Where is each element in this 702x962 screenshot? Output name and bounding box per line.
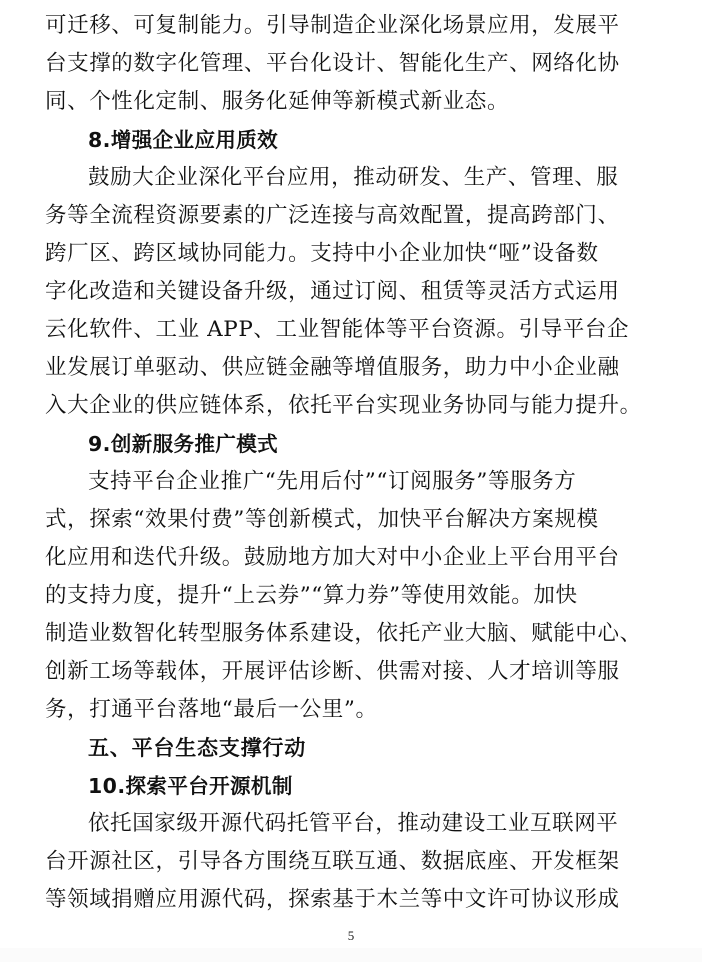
section-heading-5: 五、平台生态支撑行动 bbox=[88, 734, 702, 762]
body-line: 的支持力度，提升“上云券”“算力券”等使用效能。加快 bbox=[45, 582, 665, 610]
page-number: 5 bbox=[0, 928, 702, 944]
subsection-heading-10: 10.探索平台开源机制 bbox=[88, 772, 702, 800]
body-line: 式，探索“效果付费”等创新模式，加快平台解决方案规模 bbox=[45, 506, 665, 534]
paragraph-first-line: 支持平台企业推广“先用后付”“订阅服务”等服务方 bbox=[88, 468, 702, 496]
page-bottom-edge bbox=[0, 948, 702, 962]
body-line: 可迁移、可复制能力。引导制造企业深化场景应用，发展平 bbox=[45, 12, 665, 40]
body-line: 台支撑的数字化管理、平台化设计、智能化生产、网络化协 bbox=[45, 50, 665, 78]
body-line: 字化改造和关键设备升级，通过订阅、租赁等灵活方式运用 bbox=[45, 278, 665, 306]
body-line: 云化软件、工业 APP、工业智能体等平台资源。引导平台企 bbox=[45, 316, 665, 344]
body-line: 台开源社区，引导各方围绕互联互通、数据底座、开发框架 bbox=[45, 848, 665, 876]
document-page: 可迁移、可复制能力。引导制造企业深化场景应用，发展平 台支撑的数字化管理、平台化… bbox=[0, 0, 702, 962]
body-line: 业发展订单驱动、供应链金融等增值服务，助力中小企业融 bbox=[45, 354, 665, 382]
body-line: 制造业数智化转型服务体系建设，依托产业大脑、赋能中心、 bbox=[45, 620, 665, 648]
body-line: 创新工场等载体，开展评估诊断、供需对接、人才培训等服 bbox=[45, 658, 665, 686]
paragraph-first-line: 鼓励大企业深化平台应用，推动研发、生产、管理、服 bbox=[88, 164, 702, 192]
body-line: 同、个性化定制、服务化延伸等新模式新业态。 bbox=[45, 88, 665, 116]
body-line: 务等全流程资源要素的广泛连接与高效配置，提高跨部门、 bbox=[45, 202, 665, 230]
subsection-heading-9: 9.创新服务推广模式 bbox=[88, 430, 702, 458]
body-line: 跨厂区、跨区域协同能力。支持中小企业加快“哑”设备数 bbox=[45, 240, 665, 268]
body-line: 务，打通平台落地“最后一公里”。 bbox=[45, 696, 665, 724]
paragraph-first-line: 依托国家级开源代码托管平台，推动建设工业互联网平 bbox=[88, 810, 702, 838]
body-line: 入大企业的供应链体系，依托平台实现业务协同与能力提升。 bbox=[45, 392, 665, 420]
body-line: 化应用和迭代升级。鼓励地方加大对中小企业上平台用平台 bbox=[45, 544, 665, 572]
body-line: 等领域捐赠应用源代码，探索基于木兰等中文许可协议形成 bbox=[45, 886, 665, 914]
subsection-heading-8: 8.增强企业应用质效 bbox=[88, 126, 702, 154]
